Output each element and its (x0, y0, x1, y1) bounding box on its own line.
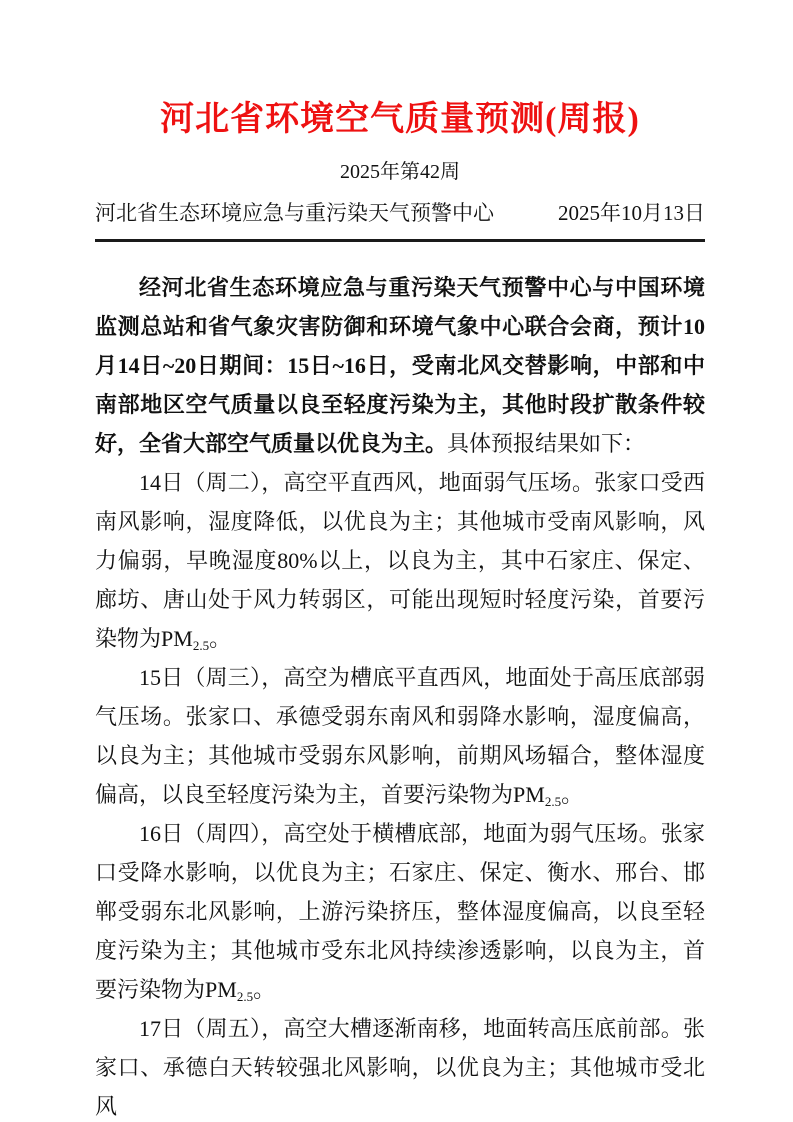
header-divider-line (95, 239, 705, 242)
document-title: 河北省环境空气质量预测(周报) (95, 100, 705, 140)
forecast-day14-paragraph: 14日（周二），高空平直西风，地面弱气压场。张家口受西南风影响，湿度降低，以优良… (95, 463, 705, 658)
forecast-day16-tail: 。 (253, 977, 275, 1002)
forecast-day16-paragraph: 16日（周四），高空处于横槽底部，地面为弱气压场。张家口受降水影响，以优良为主；… (95, 814, 705, 1009)
forecast-day15-paragraph: 15日（周三），高空为槽底平直西风，地面处于高压底部弱气压场。张家口、承德受弱东… (95, 658, 705, 814)
issue-date: 2025年10月13日 (558, 201, 705, 226)
intro-paragraph: 经河北省生态环境应急与重污染天气预警中心与中国环境监测总站和省气象灾害防御和环境… (95, 268, 705, 463)
pm25-subscript: 2.5 (545, 794, 561, 809)
forecast-day17-paragraph: 17日（周五），高空大槽逐渐南移，地面转高压底前部。张家口、承德白天转较强北风影… (95, 1009, 705, 1122)
intro-regular-text: 具体预报结果如下： (447, 431, 645, 456)
document-subtitle: 2025年第42周 (95, 160, 705, 184)
forecast-day14-tail: 。 (209, 626, 231, 651)
pm25-subscript: 2.5 (193, 638, 209, 653)
document-page: 河北省环境空气质量预测(周报) 2025年第42周 河北省生态环境应急与重污染天… (0, 0, 793, 1122)
forecast-day15-text: 15日（周三），高空为槽底平直西风，地面处于高压底部弱气压场。张家口、承德受弱东… (95, 665, 705, 807)
pm25-subscript: 2.5 (237, 989, 253, 1004)
document-body: 经河北省生态环境应急与重污染天气预警中心与中国环境监测总站和省气象灾害防御和环境… (95, 268, 705, 1122)
forecast-day17-text: 17日（周五），高空大槽逐渐南移，地面转高压底前部。张家口、承德白天转较强北风影… (95, 1016, 705, 1119)
forecast-day16-text: 16日（周四），高空处于横槽底部，地面为弱气压场。张家口受降水影响，以优良为主；… (95, 821, 705, 1002)
issuer-date-row: 河北省生态环境应急与重污染天气预警中心 2025年10月13日 (95, 201, 705, 226)
forecast-day15-tail: 。 (561, 782, 583, 807)
forecast-day14-text: 14日（周二），高空平直西风，地面弱气压场。张家口受西南风影响，湿度降低，以优良… (95, 470, 705, 651)
intro-bold-text: 经河北省生态环境应急与重污染天气预警中心与中国环境监测总站和省气象灾害防御和环境… (95, 275, 705, 456)
issuer-name: 河北省生态环境应急与重污染天气预警中心 (95, 201, 494, 226)
